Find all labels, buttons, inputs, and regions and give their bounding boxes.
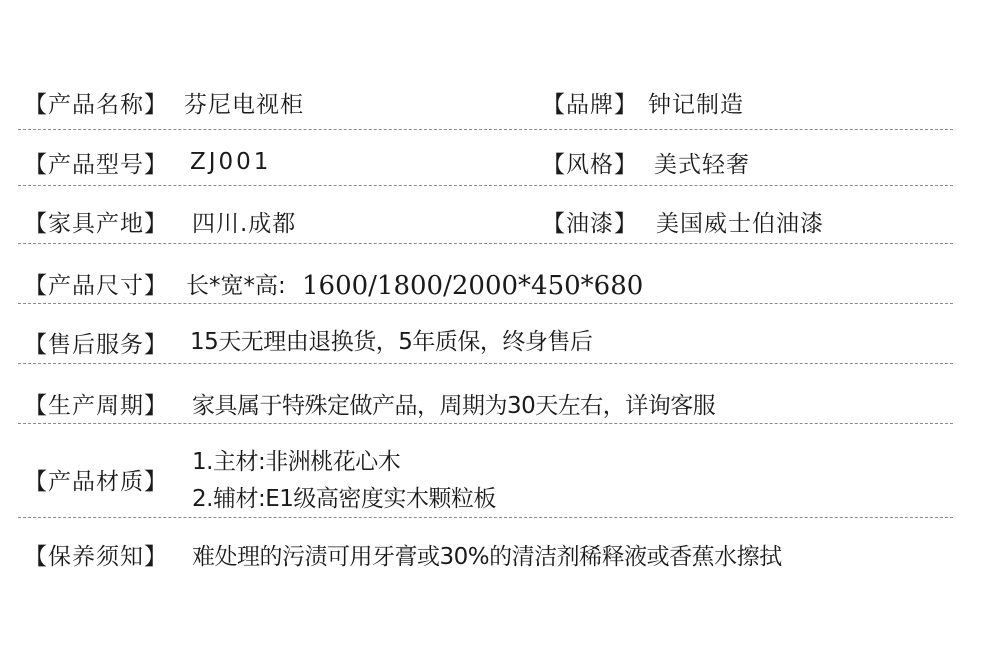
dashed-divider	[18, 363, 953, 364]
dashed-divider	[18, 129, 953, 130]
label-product-name: 【产品名称】	[24, 91, 168, 119]
label-material: 【产品材质】	[24, 468, 168, 496]
value-product-name: 芬尼电视柜	[184, 91, 304, 119]
value-brand: 钟记制造	[648, 91, 744, 119]
value-dimensions-prefix: 长*宽*高:	[186, 272, 286, 300]
value-after-sales: 15天无理由退换货，5年质保，终身售后	[190, 328, 592, 356]
label-origin: 【家具产地】	[24, 210, 168, 238]
dashed-divider	[18, 303, 953, 304]
value-style: 美式轻奢	[654, 151, 750, 179]
label-care: 【保养须知】	[24, 543, 168, 571]
label-model: 【产品型号】	[24, 151, 168, 179]
dashed-divider	[18, 185, 953, 186]
label-style: 【风格】	[542, 151, 638, 179]
value-main-material: 1.主材:非洲桃花心木	[192, 448, 400, 476]
value-paint: 美国威士伯油漆	[656, 210, 824, 238]
value-origin: 四川.成都	[192, 210, 296, 238]
label-dimensions: 【产品尺寸】	[24, 272, 168, 300]
label-paint: 【油漆】	[542, 210, 638, 238]
label-brand: 【品牌】	[542, 91, 638, 119]
dashed-divider	[18, 423, 953, 424]
dashed-divider	[18, 517, 953, 518]
value-production-cycle: 家具属于特殊定做产品，周期为30天左右，详询客服	[192, 392, 715, 420]
value-secondary-material: 2.辅材:E1级高密度实木颗粒板	[192, 485, 496, 513]
label-production-cycle: 【生产周期】	[24, 392, 168, 420]
label-after-sales: 【售后服务】	[24, 331, 168, 359]
value-care: 难处理的污渍可用牙膏或30%的清洁剂稀释液或香蕉水擦拭	[192, 543, 782, 571]
value-model: ZJ001	[190, 148, 271, 176]
dashed-divider	[18, 243, 953, 244]
value-dimensions: 1600/1800/2000*450*680	[302, 270, 643, 302]
